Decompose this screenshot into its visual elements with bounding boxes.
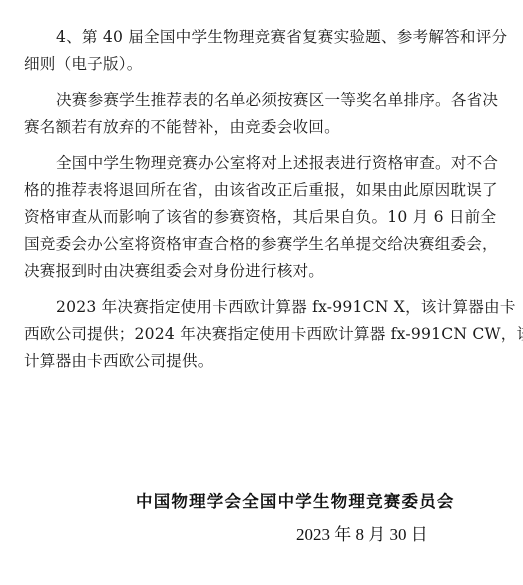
paragraph-calculator-line1: 2023 年决赛指定使用卡西欧计算器 fx-991CN X，该计算器由卡	[56, 297, 523, 317]
paragraph-review-line3: 资格审查从而影响了该省的参赛资格，其后果自负。10 月 6 日前全	[24, 207, 499, 227]
paragraph-item4-line1: 4、第 40 届全国中学生物理竞赛省复赛实验题、参考解答和评分	[56, 27, 523, 47]
signature-organization: 中国物理学会全国中学生物理竞赛委员会	[136, 488, 455, 512]
paragraph-calculator-line3: 计算器由卡西欧公司提供。	[24, 351, 499, 371]
paragraph-item4-line2: 细则（电子版）。	[24, 54, 499, 74]
paragraph-review-line2: 格的推荐表将退回所在省，由该省改正后重报，如果由此原因耽误了	[24, 180, 499, 200]
paragraph-final-list-line2: 赛名额若有放弃的不能替补，由竞委会收回。	[24, 117, 499, 137]
paragraph-final-list-line1: 决赛参赛学生推荐表的名单必须按赛区一等奖名单排序。各省决	[56, 90, 523, 110]
paragraph-review-line4: 国竞委会办公室将资格审查合格的参赛学生名单提交给决赛组委会，	[24, 234, 499, 254]
paragraph-review-line1: 全国中学生物理竞赛办公室将对上述报表进行资格审查。对不合	[56, 153, 523, 173]
paragraph-calculator-line2: 西欧公司提供；2024 年决赛指定使用卡西欧计算器 fx-991CN CW，该	[24, 324, 499, 344]
signature-date: 2023 年 8 月 30 日	[296, 520, 428, 545]
document-page: 4、第 40 届全国中学生物理竞赛省复赛实验题、参考解答和评分 细则（电子版）。…	[0, 0, 523, 585]
paragraph-review-line5: 决赛报到时由决赛组委会对身份进行核对。	[24, 261, 499, 281]
